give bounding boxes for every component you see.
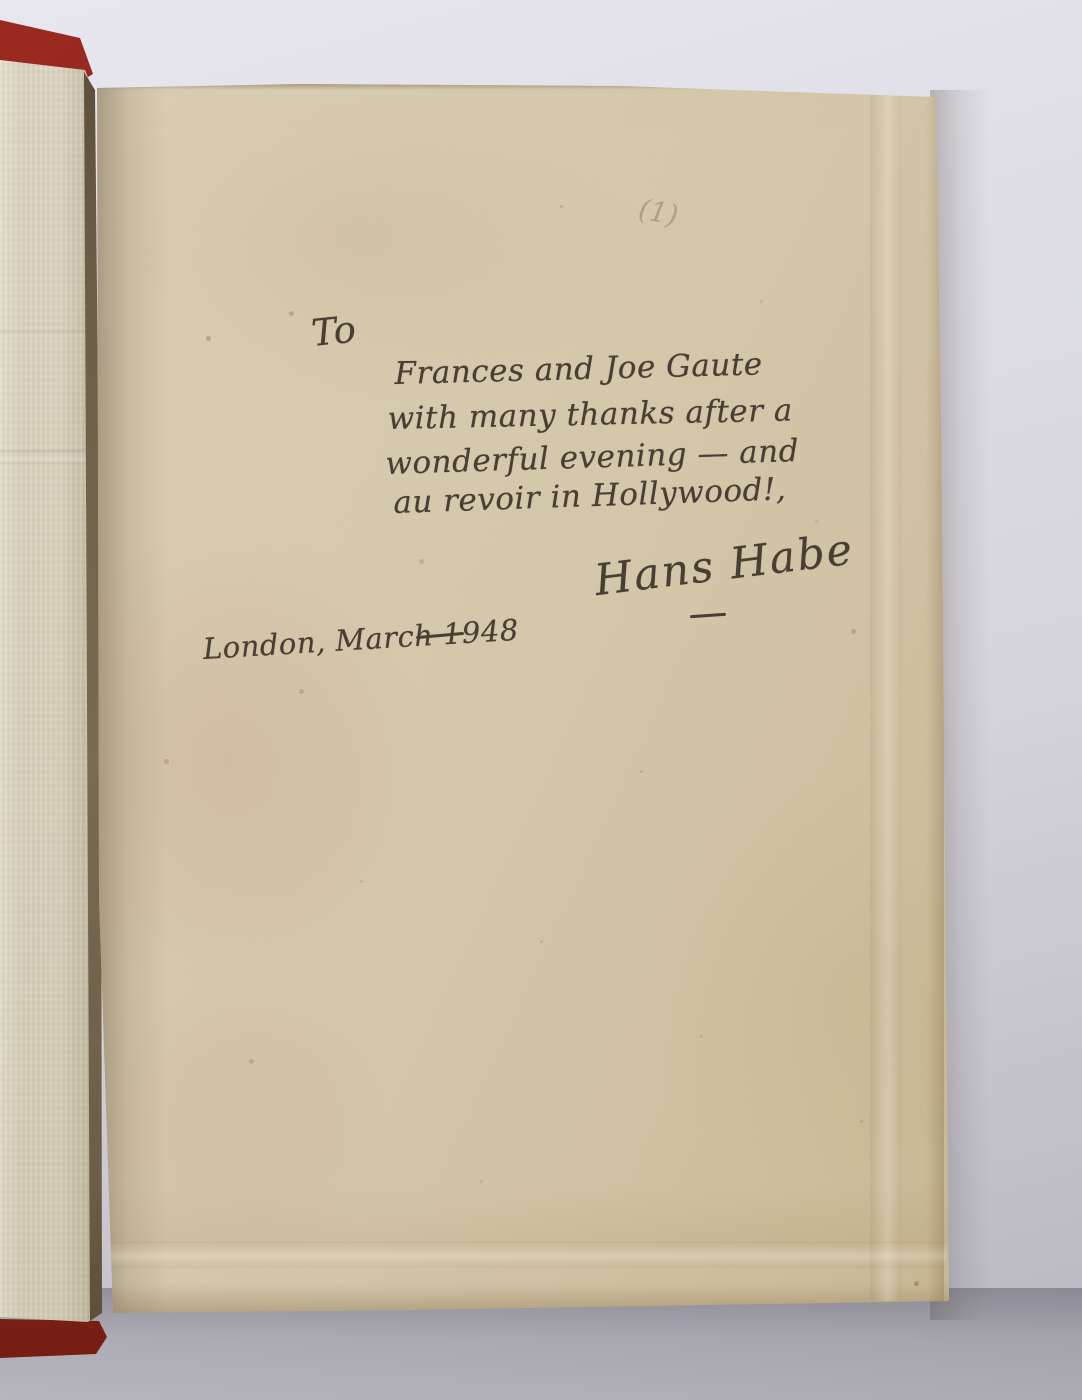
inscription-salutation: To (310, 308, 358, 355)
endpaper-crease (0, 450, 95, 464)
faint-pencil-note: (1) (636, 193, 681, 232)
paper-grain-texture (0, 0, 1082, 1400)
endpaper-crease-upper (0, 330, 90, 338)
inscribed-page: (1) To Frances and Joe Gaute with many t… (0, 0, 1082, 1400)
book-photo: (1) To Frances and Joe Gaute with many t… (0, 0, 1082, 1400)
